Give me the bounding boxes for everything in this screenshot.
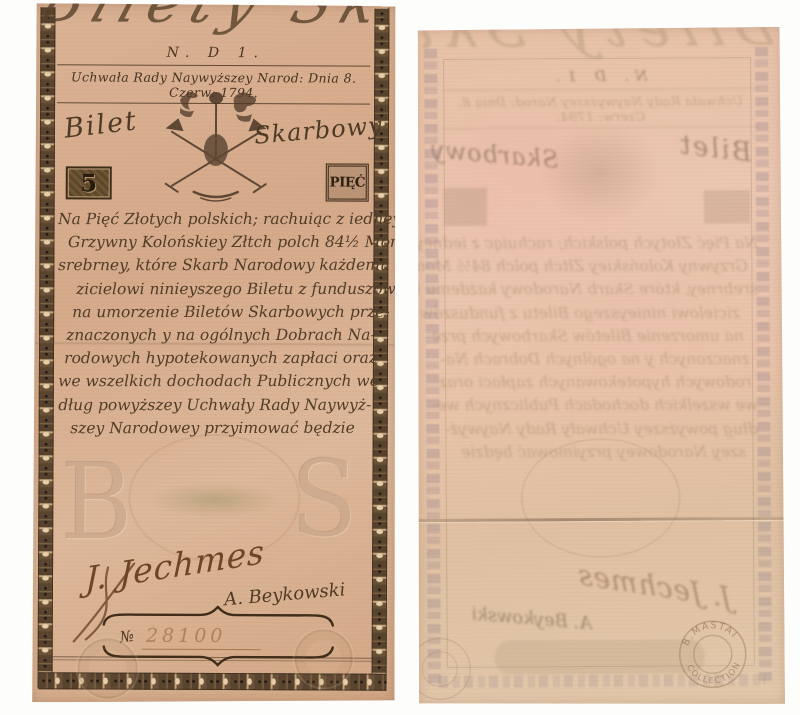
watermark-letter-s: S: [290, 438, 358, 561]
showthrough-header-text: Bilety Skarbowe: [423, 27, 773, 61]
banknote-front: Bilety Skarbowe N. D 1. Uchwała Rady Nay…: [31, 3, 397, 704]
text-line: Na Pięć Złotych polskich; rachuiąc z ied…: [58, 208, 375, 231]
text-line: we wszelkich dochodach Publicznych we-: [58, 370, 375, 393]
calligraphic-header-fragment: Bilety Skarbowe: [42, 3, 389, 36]
sheet-header-clip: Bilety Skarbowe: [42, 3, 389, 49]
serial-row: № 28100: [120, 625, 310, 651]
text-line: rodowych hypotekowanych zapłaci oraz: [58, 347, 375, 370]
obligation-text: Na Pięć Złotych polskich; rachuiąc z ied…: [58, 208, 375, 440]
border-chain-left: [38, 7, 56, 688]
collector-embossed-seal: [415, 634, 475, 704]
embossed-seal-icon: [295, 629, 353, 687]
showthrough-frame: [443, 57, 755, 668]
svg-text:B.MASTAI: B.MASTAI: [680, 620, 739, 648]
watermark-letter-b: B: [60, 441, 133, 564]
series-label: N. D 1.: [34, 44, 397, 62]
text-line: dług powyższey Uchwały Rady Naywyż-: [58, 393, 375, 416]
embossed-seal-icon: [77, 638, 137, 698]
text-line: na umorzenie Biletów Skarbowych prze-: [58, 301, 375, 324]
watermark-oval: [520, 438, 681, 559]
denomination-numeral: 5: [80, 168, 97, 197]
text-line: srebrney, które Skarb Narodowy każdemu U…: [58, 254, 375, 277]
faded-ink-stamp: [148, 482, 280, 519]
seal-text-top: B.MASTAI: [680, 620, 739, 648]
scan-background: Bilety Skarbowe N. D 1. Uchwała Rady Nay…: [0, 0, 800, 715]
coat-of-arms-icon: [145, 88, 286, 207]
denomination-numeral-box: 5: [66, 166, 112, 199]
banknote-back: Bilety Skarbowe N. D 1. Uchwała Rady Nay…: [415, 27, 785, 706]
text-line: zicielowi ninieyszego Biletu z funduszów: [58, 277, 375, 300]
collector-embossed-seal: B.MASTAI COLLECTION: [675, 616, 751, 692]
denomination-word-box: PIĘĆ: [326, 163, 369, 201]
serial-number: 28100: [142, 625, 261, 651]
text-line: Grzywny Kolońskiey Złtch polch 84½ Monet…: [58, 231, 375, 254]
title-bilet: Bilet: [62, 105, 139, 144]
denomination-word: PIĘĆ: [329, 175, 365, 191]
